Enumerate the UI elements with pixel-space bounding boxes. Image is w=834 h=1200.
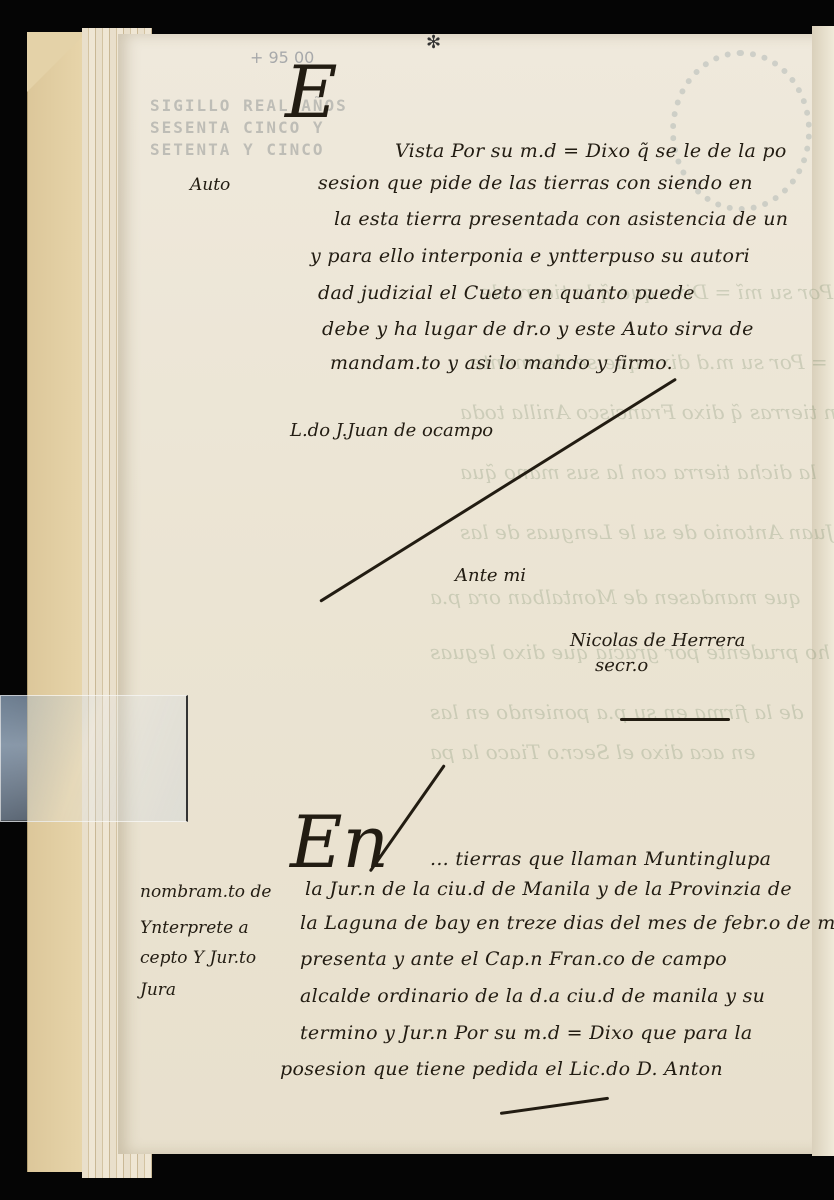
text-line: alcalde ordinario de la d.a ciu.d de man… — [300, 985, 765, 1007]
text-line: posesion que tiene pedida el Lic.do D. A… — [280, 1058, 723, 1080]
margin-note: nombram.to de — [140, 882, 271, 902]
bleed-through-text: en tierras q̃ dixo Francisco Anilla toda — [460, 400, 834, 424]
text-line: sesion que pide de las tierras con siend… — [318, 172, 753, 194]
signature: secr.o — [595, 655, 648, 676]
top-mark: ✻ — [426, 32, 441, 53]
text-line: termino y Jur.n Por su m.d = Dixo que pa… — [300, 1022, 753, 1044]
margin-note: Ynterprete a — [140, 918, 249, 938]
text-line: Vista Por su m.d = Dixo q̃ se le de la p… — [395, 140, 787, 162]
text-line: la esta tierra presentada con asistencia… — [334, 208, 788, 230]
text-line: la Laguna de bay en treze dias del mes d… — [300, 912, 834, 934]
text-line: ... tierras que llaman Muntinglupa — [430, 848, 771, 870]
bleed-through-text: en aca dixo el Secr.o Tiaco la pa — [430, 740, 755, 764]
margin-note: cepto Y Jur.to — [140, 948, 256, 968]
signature: L.do J.Juan de ocampo — [290, 420, 493, 441]
text-line: dad judizial el Cueto en quanto puede — [318, 282, 695, 304]
text-line: y para ello interponia e yntterpuso su a… — [310, 245, 750, 267]
signature: Nicolas de Herrera — [570, 630, 745, 651]
text-line: presenta y ante el Cap.n Fran.co de camp… — [300, 948, 727, 970]
margin-note: Jura — [140, 980, 176, 1000]
cover-fold — [27, 32, 87, 92]
bleed-through-text: de la firma en su p.a poniendo en las — [430, 700, 804, 724]
text-line: mandam.to y asi lo mando y firmo. — [330, 352, 673, 374]
page-edge-right — [812, 26, 834, 1156]
margin-note: Auto — [190, 175, 230, 195]
bleed-through-text: Juan Antonio de su le Lenguas de las — [460, 520, 834, 544]
text-line: la Jur.n de la ciu.d de Manila y de la P… — [305, 878, 792, 900]
signature-rubric — [620, 718, 730, 721]
text-line: debe y ha lugar de dr.o y este Auto sirv… — [322, 318, 754, 340]
bleed-through-text: que mandasen de Montalban ora p.a — [430, 585, 801, 609]
decorated-initial: En — [290, 800, 389, 884]
transparent-clip — [0, 695, 188, 822]
signature: Ante mi — [455, 565, 526, 586]
decorated-initial: E — [285, 50, 338, 134]
